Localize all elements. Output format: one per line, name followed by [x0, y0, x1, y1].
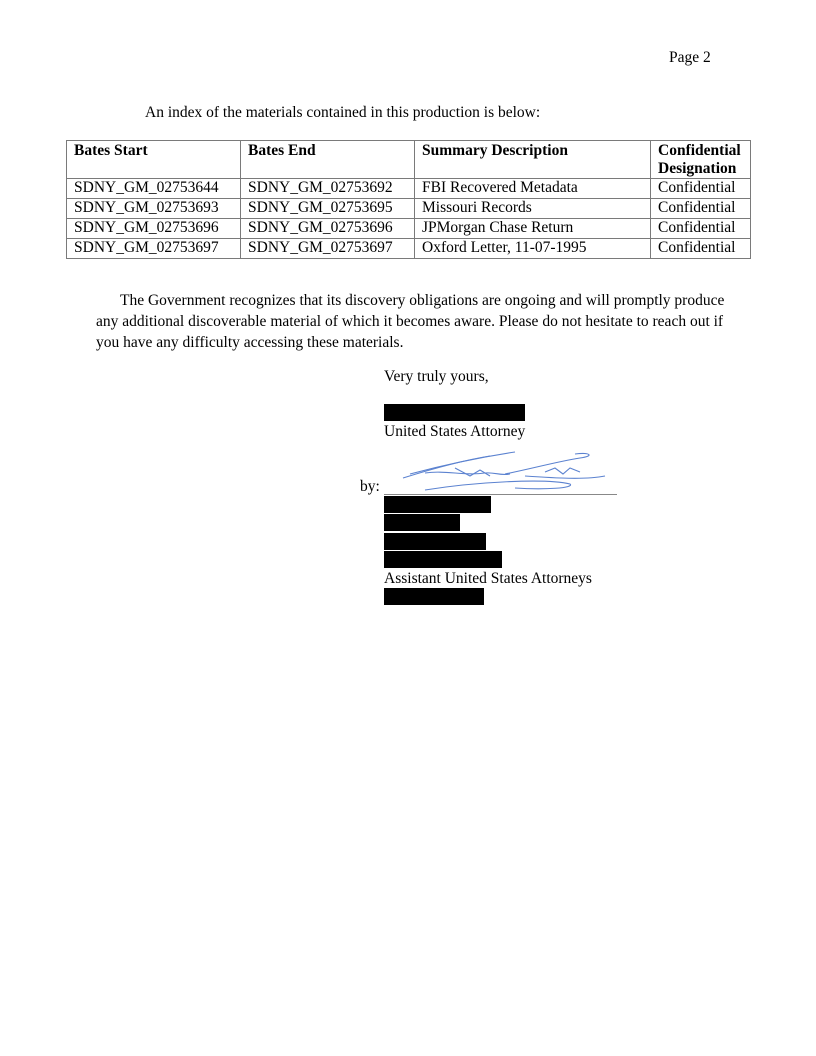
cell-summary: FBI Recovered Metadata: [415, 179, 651, 199]
cell-bates-start: SDNY_GM_02753696: [67, 219, 241, 239]
cell-summary: Missouri Records: [415, 199, 651, 219]
cell-bates-end: SDNY_GM_02753695: [241, 199, 415, 219]
cell-bates-end: SDNY_GM_02753692: [241, 179, 415, 199]
table-header-row: Bates Start Bates End Summary Descriptio…: [67, 141, 751, 179]
cell-bates-start: SDNY_GM_02753644: [67, 179, 241, 199]
redaction-bar: [384, 551, 502, 568]
cell-bates-start: SDNY_GM_02753693: [67, 199, 241, 219]
cell-bates-end: SDNY_GM_02753697: [241, 239, 415, 259]
closing-salutation: Very truly yours,: [384, 368, 489, 386]
header-summary-description: Summary Description: [415, 141, 651, 179]
intro-text: An index of the materials contained in t…: [145, 104, 540, 122]
header-confidential-designation: Confidential Designation: [651, 141, 751, 179]
table-row: SDNY_GM_02753693 SDNY_GM_02753695 Missou…: [67, 199, 751, 219]
redaction-bar: [384, 514, 460, 531]
header-bates-end: Bates End: [241, 141, 415, 179]
ausa-title: Assistant United States Attorneys: [384, 570, 592, 588]
signature-line: [384, 494, 617, 495]
cell-designation: Confidential: [651, 199, 751, 219]
production-index-table: Bates Start Bates End Summary Descriptio…: [66, 140, 751, 259]
redaction-bar: [384, 496, 491, 513]
cell-designation: Confidential: [651, 219, 751, 239]
page-number: Page 2: [669, 49, 711, 67]
by-label: by:: [360, 478, 380, 496]
signature-icon: [395, 448, 610, 498]
us-attorney-title: United States Attorney: [384, 423, 525, 441]
cell-bates-end: SDNY_GM_02753696: [241, 219, 415, 239]
cell-summary: Oxford Letter, 11-07-1995: [415, 239, 651, 259]
redaction-bar: [384, 588, 484, 605]
cell-bates-start: SDNY_GM_02753697: [67, 239, 241, 259]
cell-designation: Confidential: [651, 179, 751, 199]
table-row: SDNY_GM_02753644 SDNY_GM_02753692 FBI Re…: [67, 179, 751, 199]
table-row: SDNY_GM_02753697 SDNY_GM_02753697 Oxford…: [67, 239, 751, 259]
header-bates-start: Bates Start: [67, 141, 241, 179]
table-row: SDNY_GM_02753696 SDNY_GM_02753696 JPMorg…: [67, 219, 751, 239]
cell-summary: JPMorgan Chase Return: [415, 219, 651, 239]
cell-designation: Confidential: [651, 239, 751, 259]
redaction-bar: [384, 404, 525, 421]
redaction-bar: [384, 533, 486, 550]
body-paragraph: The Government recognizes that its disco…: [96, 290, 736, 353]
